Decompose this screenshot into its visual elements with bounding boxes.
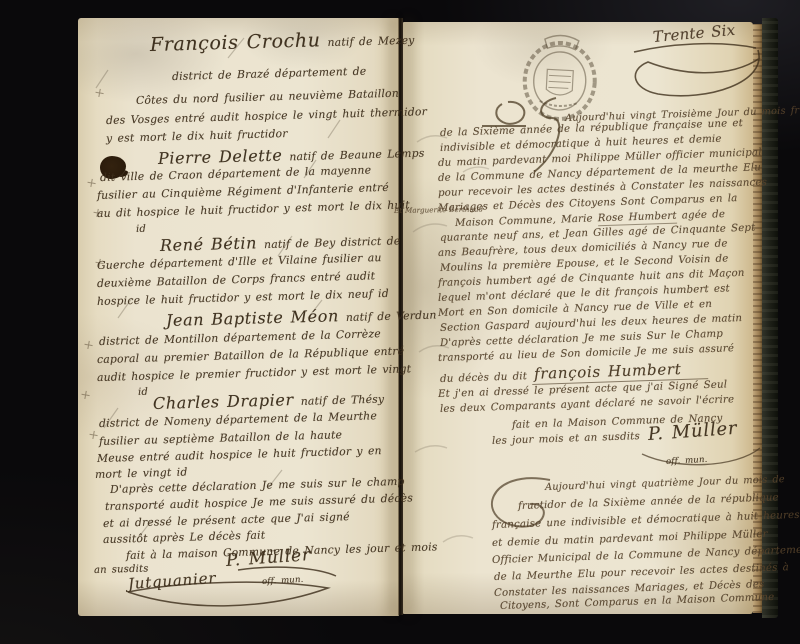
deceased-name: René Bétin (160, 233, 258, 255)
manuscript-line: id (138, 387, 148, 398)
header-flourish (618, 32, 768, 104)
page-edges-left (44, 16, 78, 617)
register-book: + + + + + + + François Crochunatif de Me… (0, 0, 800, 644)
signature-flourish (118, 560, 348, 618)
archival-photo: + + + + + + + François Crochunatif de Me… (0, 0, 800, 644)
witness-name: Rose Humbert (598, 211, 677, 227)
deceased-name: Charles Drapier (153, 390, 294, 413)
manuscript-line: id (136, 224, 146, 235)
deceased-name: Pierre Delette (158, 146, 283, 168)
signature-paraph (636, 440, 766, 474)
manuscript-line: mort le vingt id (95, 465, 188, 481)
